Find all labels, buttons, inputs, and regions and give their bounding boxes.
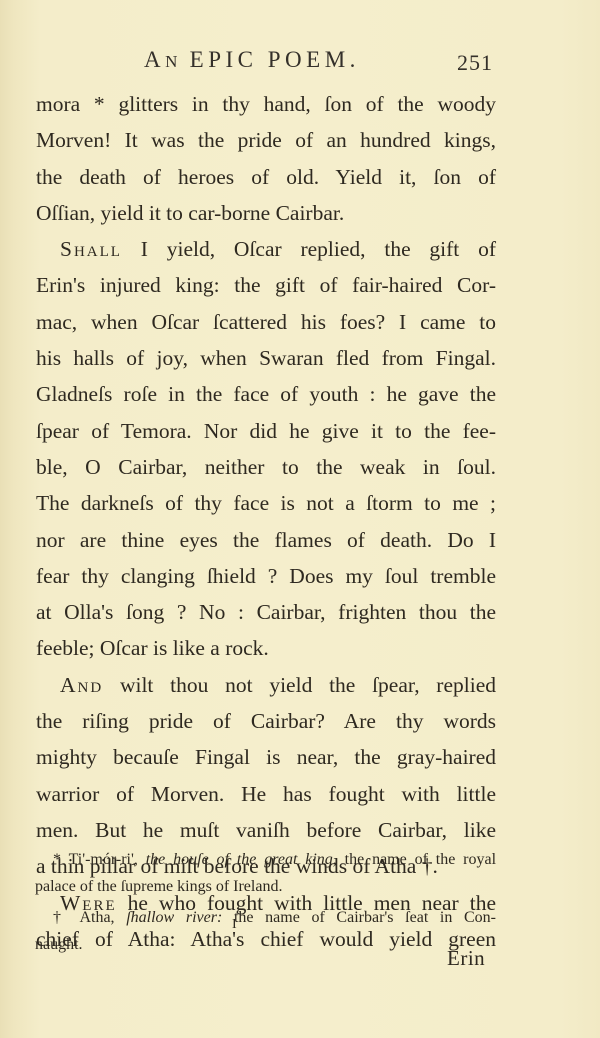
title-rest: EPIC POEM. [179,47,360,72]
text-line-rest: wilt thou not yield the ſpear, replied [120,673,496,697]
text-line-paragraph-start: And wilt thou not yield the ſpear, repli… [36,667,496,703]
text-line: his halls of joy, when Swaran fled from … [36,340,496,376]
text-line: mac, when Oſcar ſcattered his foes? I ca… [36,304,496,340]
page-number: 251 [457,50,493,76]
text-line: nor are thine eyes the flames of death. … [36,522,496,558]
text-line: Erin's injured king: the gift of fair-ha… [36,267,496,303]
text-line: the death of heroes of old. Yield it, ſo… [36,159,496,195]
text-line: ſpear of Temora. Nor did he give it to t… [36,413,496,449]
footnote-2: † Atha, ſhallow river: the name of Cairb… [35,904,496,931]
title-initial: A [144,47,165,72]
footnote-2-line-2: naught. [35,931,496,958]
footnote-gloss: the houſe of the great king, [146,851,337,868]
text-line: warrior of Morven. He has fought with li… [36,776,496,812]
text-line: fear thy clanging ſhield ? Does my ſoul … [36,558,496,594]
catchword: Erin [447,946,485,971]
lead-word: Shall [60,237,122,261]
running-head-title: AN EPIC POEM. [144,47,360,73]
footnote-1-line-2: palace of the ſupreme kings of Ireland. [35,873,496,900]
title-small-caps: N [165,52,179,71]
text-line: The darkneſs of thy face is not a ſtorm … [36,485,496,521]
text-line: Oſſian, yield it to car-borne Cairbar. [36,195,496,231]
footnote-term: Ti'-mór-ri', [69,851,138,868]
footnote-text: the name of Cairbar's ſeat in Con- [234,909,496,926]
footnote-marker-dagger: † [53,909,69,926]
book-page: AN EPIC POEM. 251 mora * glitters in thy… [0,0,600,1038]
footnotes: * Ti'-mór-ri', the houſe of the great ki… [35,846,496,958]
text-line-paragraph-start: Shall I yield, Oſcar replied, the gift o… [36,231,496,267]
signature-mark: I [232,917,237,933]
text-line-rest: I yield, Oſcar replied, the gift of [141,237,496,261]
footnote-marker-asterisk: * [53,851,61,868]
body-text: mora * glitters in thy hand, ſon of the … [36,86,496,957]
footnote-text: the name of the royal [345,851,496,868]
text-line: mora * glitters in thy hand, ſon of the … [36,86,496,122]
text-line: ble, O Cairbar, neither to the weak in ſ… [36,449,496,485]
text-line: men. But he muſt vaniſh before Cairbar, … [36,812,496,848]
text-line: Gladneſs roſe in the face of youth : he … [36,376,496,412]
running-head: AN EPIC POEM. 251 [140,47,490,77]
text-line: feeble; Oſcar is like a rock. [36,630,496,666]
footnote-term: Atha, [79,909,114,926]
text-line: at Olla's ſong ? No : Cairbar, frighten … [36,594,496,630]
text-line: mighty becauſe Fingal is near, the gray-… [36,739,496,775]
lead-word: And [60,673,103,697]
footnote-1: * Ti'-mór-ri', the houſe of the great ki… [35,846,496,873]
text-line: Morven! It was the pride of an hundred k… [36,122,496,158]
footnote-gloss: ſhallow river: [126,909,222,926]
text-line: the riſing pride of Cairbar? Are thy wor… [36,703,496,739]
